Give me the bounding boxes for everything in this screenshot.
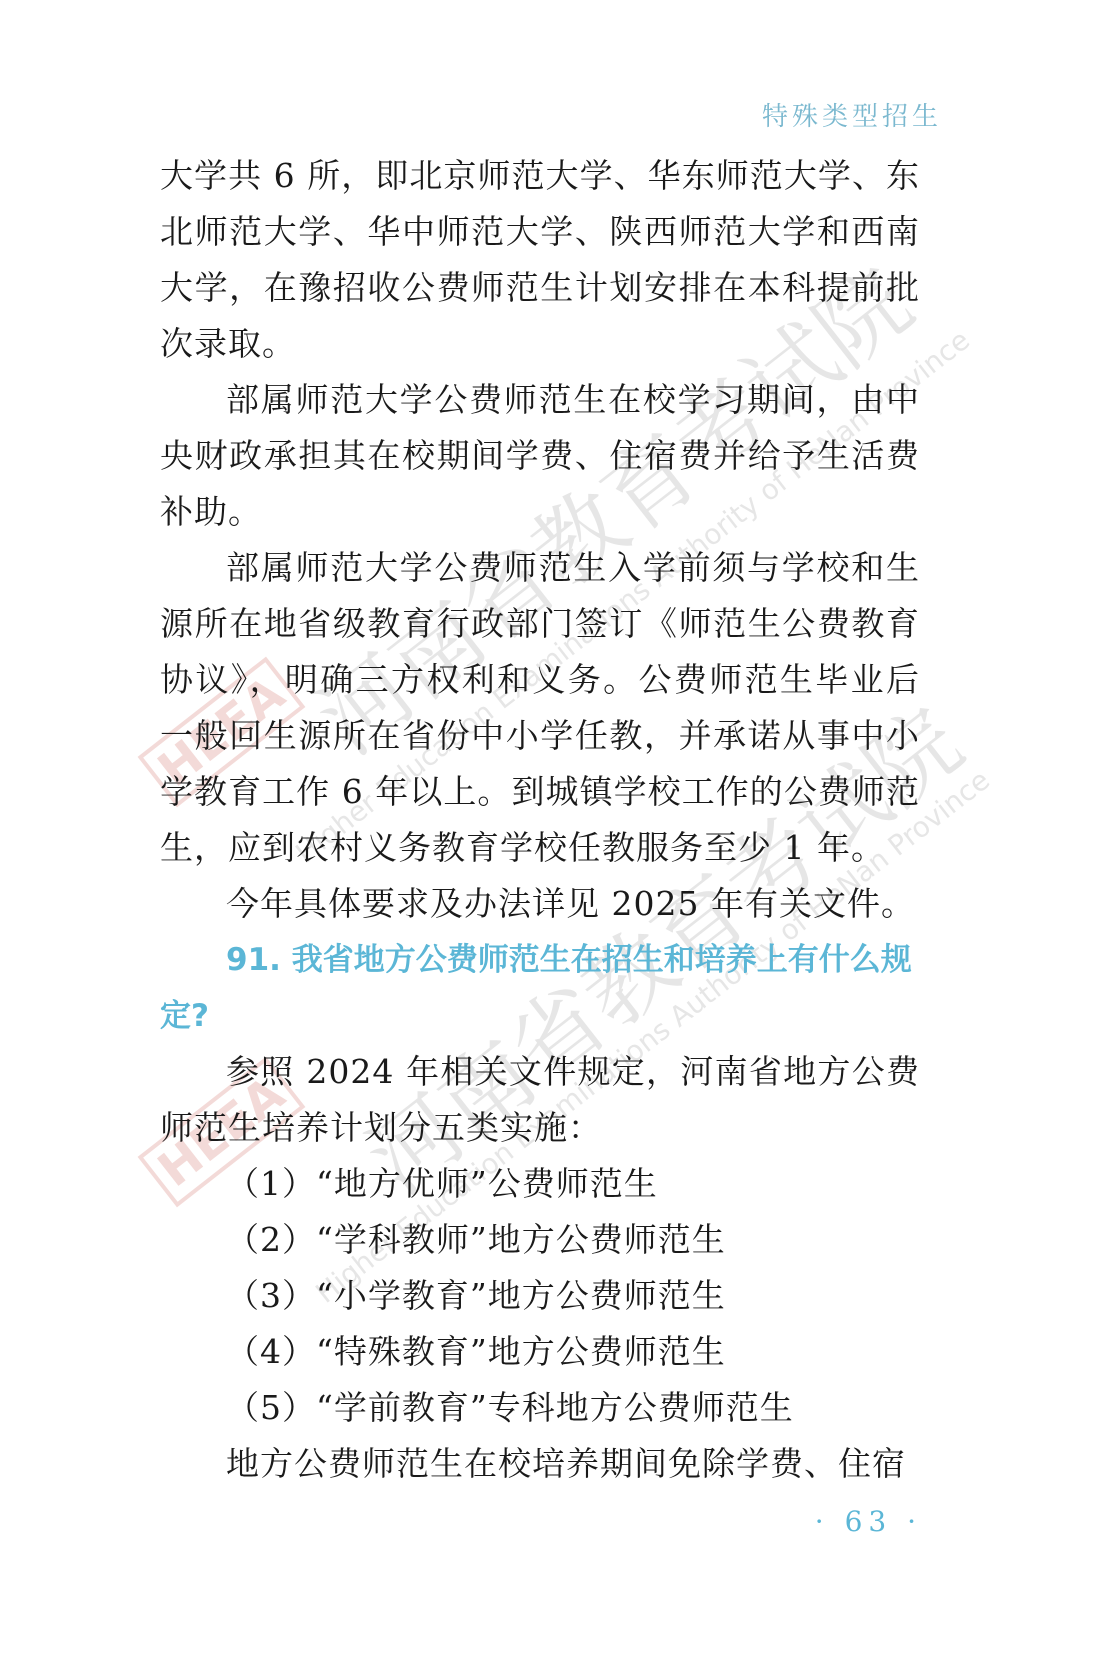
list-item-4: （4）“特殊教育”地方公费师范生 [160, 1324, 920, 1380]
running-header: 特殊类型招生 [762, 96, 942, 133]
paragraph-1: 大学共 6 所，即北京师范大学、华东师范大学、东北师范大学、华中师范大学、陕西师… [160, 148, 920, 372]
page-number: · 63 · [815, 1505, 922, 1538]
list-item-5: （5）“学前教育”专科地方公费师范生 [160, 1380, 920, 1436]
answer-intro: 参照 2024 年相关文件规定，河南省地方公费师范生培养计划分五类实施： [160, 1044, 920, 1156]
paragraph-2: 部属师范大学公费师范生在校学习期间，由中央财政承担其在校期间学费、住宿费并给予生… [160, 372, 920, 540]
list-item-1: （1）“地方优师”公费师范生 [160, 1156, 920, 1212]
list-item-2: （2）“学科教师”地方公费师范生 [160, 1212, 920, 1268]
question-heading: 91. 我省地方公费师范生在招生和培养上有什么规定? [160, 932, 920, 1044]
page-content: 大学共 6 所，即北京师范大学、华东师范大学、东北师范大学、华中师范大学、陕西师… [160, 148, 920, 1492]
paragraph-4: 今年具体要求及办法详见 2025 年有关文件。 [160, 876, 920, 932]
paragraph-3: 部属师范大学公费师范生入学前须与学校和生源所在地省级教育行政部门签订《师范生公费… [160, 540, 920, 876]
list-item-3: （3）“小学教育”地方公费师范生 [160, 1268, 920, 1324]
closing-paragraph: 地方公费师范生在校培养期间免除学费、住宿 [160, 1436, 920, 1492]
